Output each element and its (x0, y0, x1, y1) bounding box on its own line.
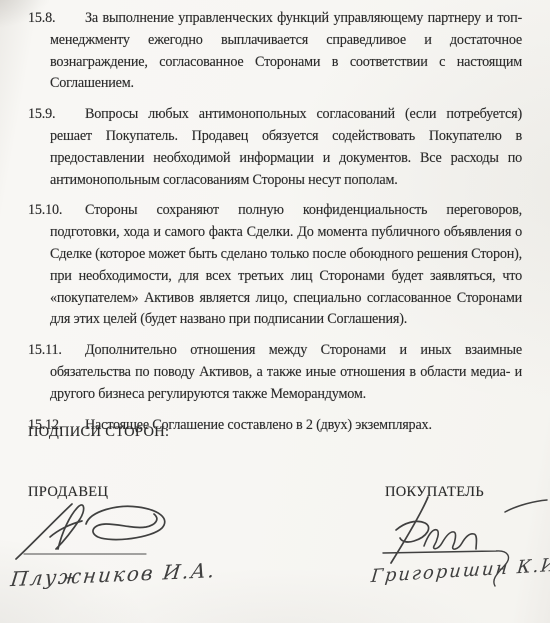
scanned-agreement-page: 15.8. За выполнение управленческих функц… (0, 0, 550, 623)
clause-text: Стороны сохраняют полную конфиденциально… (50, 200, 522, 331)
clause-15-11: 15.11. Дополнительно отношения между Сто… (28, 340, 522, 405)
clause-number: 15.8. (28, 8, 55, 30)
clause-list: 15.8. За выполнение управленческих функц… (28, 8, 522, 445)
buyer-handwritten-name: Григоришин К.И. (370, 554, 550, 587)
clause-number: 15.10. (28, 200, 62, 222)
seller-signature-icon (16, 504, 165, 559)
clause-15-9: 15.9. Вопросы любых антимонопольных согл… (28, 104, 522, 191)
signatures-heading: ПОДПИСИ СТОРОН: (28, 424, 169, 441)
seller-label: ПРОДАВЕЦ (28, 484, 108, 501)
buyer-label: ПОКУПАТЕЛЬ (385, 484, 484, 501)
clause-number: 15.11. (28, 340, 62, 362)
seller-handwritten-name: Плужников И.А. (9, 558, 217, 591)
clause-15-10: 15.10. Стороны сохраняют полную конфиден… (28, 200, 522, 331)
clause-text: За выполнение управленческих функций упр… (50, 8, 522, 95)
clause-text: Дополнительно отношения между Сторонами … (50, 340, 522, 405)
clause-text: Вопросы любых антимонопольных согласован… (50, 104, 522, 191)
clause-number: 15.9. (28, 104, 55, 126)
clause-15-8: 15.8. За выполнение управленческих функц… (28, 8, 522, 95)
